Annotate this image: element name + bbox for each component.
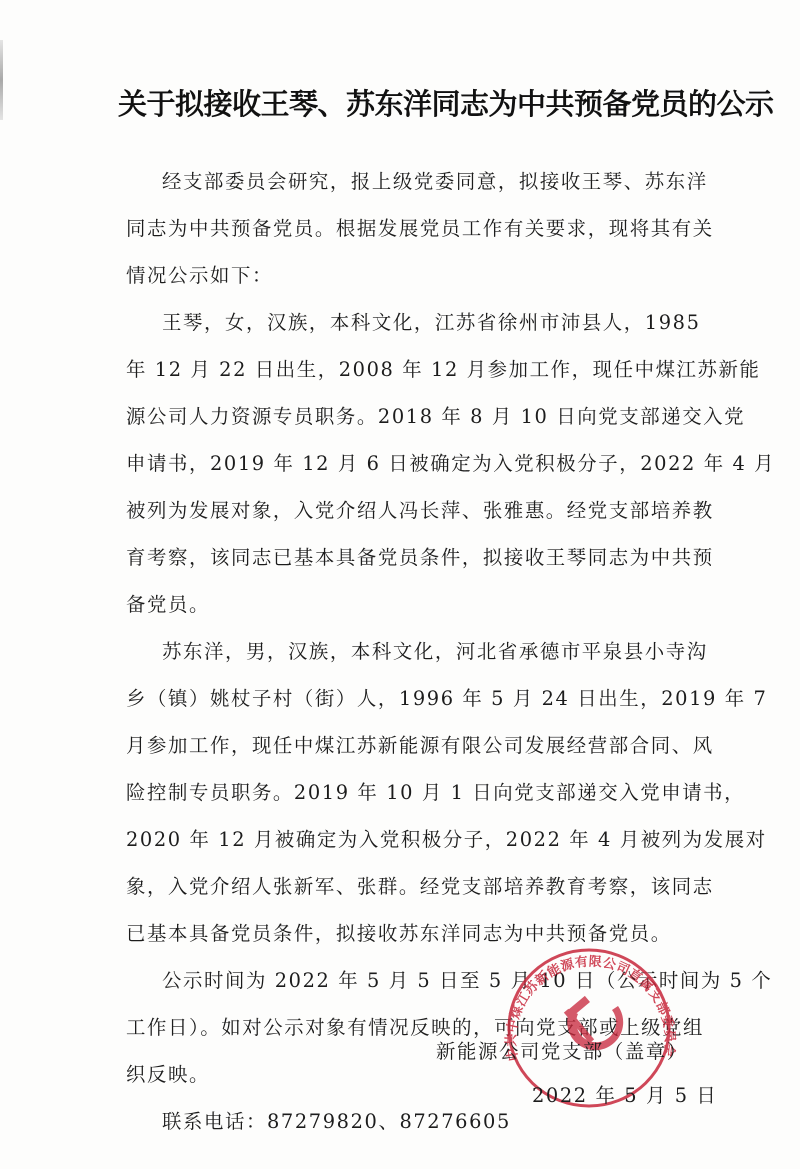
paragraph-line: 2020 年 12 月被确定为入党积极分子，2022 年 4 月被列为发展对 <box>126 824 701 852</box>
paragraph-line: 乡（镇）姚杖子村（街）人，1996 年 5 月 24 日出生，2019 年 7 <box>126 683 701 711</box>
paragraph-line: 王琴，女，汉族，本科文化，江苏省徐州市沛县人，1985 <box>162 307 702 335</box>
paragraph-line: 险控制专员职务。2019 年 10 月 1 日向党支部递交入党申请书， <box>126 777 701 805</box>
paragraph-line: 源公司人力资源专员职务。2018 年 8 月 10 日向党支部递交入党 <box>126 401 701 429</box>
paragraph-line: 苏东洋，男，汉族，本科文化，河北省承德市平泉县小寺沟 <box>162 636 702 664</box>
paragraph-line: 月参加工作，现任中煤江苏新能源有限公司发展经营部合同、风 <box>126 730 701 758</box>
paragraph-line: 被列为发展对象，入党介绍人冯长萍、张雅惠。经党支部培养教 <box>126 495 701 523</box>
paragraph-line: 象，入党介绍人张新军、张群。经党支部培养教育考察，该同志 <box>126 871 701 899</box>
contact-phone: 联系电话：87279820、87276605 <box>162 1106 702 1134</box>
paragraph-line: 同志为中共预备党员。根据发展党员工作有关要求，现将其有关 <box>126 213 701 241</box>
paragraph-line: 备党员。 <box>126 589 701 617</box>
document-title: 关于拟接收王琴、苏东洋同志为中共预备党员的公示 <box>118 82 698 123</box>
paragraph-line: 情况公示如下： <box>126 260 701 288</box>
paragraph-line: 年 12 月 22 日出生，2008 年 12 月参加工作，现任中煤江苏新能 <box>126 354 701 382</box>
paragraph-line: 经支部委员会研究，报上级党委同意，拟接收王琴、苏东洋 <box>162 166 702 194</box>
paragraph-line: 申请书，2019 年 12 月 6 日被确定为入党积极分子，2022 年 4 月 <box>126 448 701 476</box>
signature-date: 2022 年 5 月 5 日 <box>532 1080 717 1108</box>
paragraph-line: 育考察，该同志已基本具备党员条件，拟接收王琴同志为中共预 <box>126 542 701 570</box>
signature-organization: 新能源公司党支部（盖章） <box>436 1036 688 1064</box>
page-edge-shadow <box>0 40 3 120</box>
